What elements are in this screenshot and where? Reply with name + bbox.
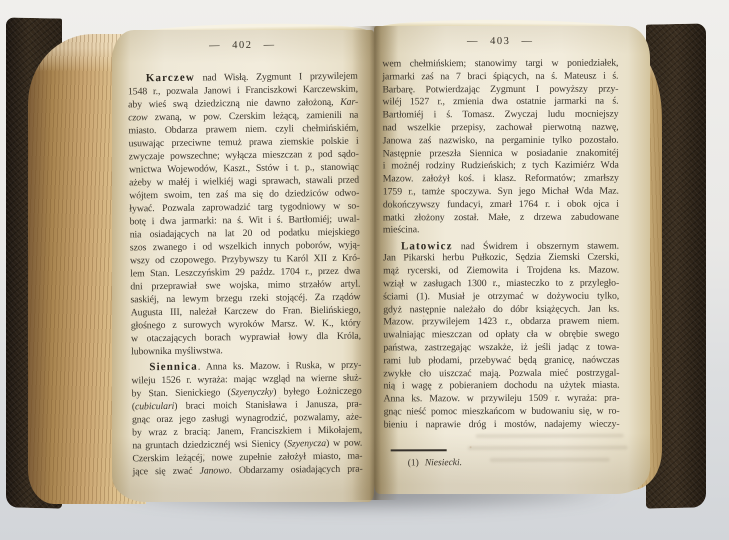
text-line: i możnéj rodziny Rudzieńskich; z tych Ka… [383, 160, 619, 174]
photo-stage: — 402 — Karczew nad Wisłą. Zygmunt I prz… [0, 0, 729, 540]
text-line: wem chełmińskiem; stanowimy targi w poni… [382, 58, 618, 72]
footnote-marker: (1) [408, 458, 419, 468]
text-line: dokończywszy fundacyi, zmarł 1764 r. i o… [383, 198, 619, 212]
text-line: Bartłomiéj i ś. Tomasz. Zwyczaj ludu moc… [383, 109, 619, 123]
page-number-header-402: — 402 — [127, 39, 357, 55]
text-line: lubownika myśliwstwa. [131, 343, 361, 359]
text-line: Mazow. założył koś. i klasz. Reformatów;… [383, 173, 619, 187]
page-402-paragraphs: Karczew nad Wisłą. Zygmunt I przywilejem… [128, 70, 363, 478]
paragraph: wem chełmińskiem; stanowimy targi w poni… [382, 58, 619, 238]
page-403-paragraphs: wem chełmińskiem; stanowimy targi w poni… [382, 58, 619, 432]
footnote-rule [391, 449, 447, 451]
text-line: matki złożony został. Małe, z drzewa zab… [383, 211, 619, 225]
text-line: wiléj 1527 r., zmienia dwa ostatnie jarm… [382, 96, 618, 110]
text-line: Następnie przeszła Siennica w posiadanie… [383, 147, 619, 161]
text-line: bieniu i naprawie dróg i mostów, nadajem… [384, 418, 620, 432]
text-line: Mazow. przywilejem 1423 r., obdarza praw… [383, 316, 619, 330]
text-line: państwa, zastrzegając wszakże, iż jeśli … [383, 342, 619, 356]
paragraph: Siennica. Anna ks. Mazow. i Ruska, w prz… [131, 358, 362, 478]
page-403-text: — 403 — wem chełmińskiem; stanowimy targ… [382, 36, 620, 468]
page-402-text: — 402 — Karczew nad Wisłą. Zygmunt I prz… [127, 39, 362, 478]
text-line: Jan Pikarski herbu Pułkozic, Sędzia Ziem… [383, 252, 619, 266]
text-line: rami lub płodami, przebywać będą granicę… [383, 354, 619, 368]
footnote: (1)Niesiecki. [408, 457, 620, 468]
text-line: uwalniając mieszczan od opłaty cła w obr… [383, 329, 619, 343]
text-line: Barbarę. Potwierdzając Zygmunt I powyższ… [382, 83, 618, 97]
text-line: jarmarki zaś na 7 braci śpiących, na ś. … [382, 70, 618, 84]
footnote-text: Niesiecki. [425, 458, 462, 468]
text-line: ściami (1). Musiał je otrzymać w dożywoc… [383, 290, 619, 304]
text-line: gdyż następnie należało do dóbr książęcy… [383, 303, 619, 317]
text-line: nad wszelkie przepisy, zachował pierwotn… [383, 122, 619, 136]
text-line: nią i wagę z pobieraniem dochodu na użyt… [383, 380, 619, 394]
text-line: mąż rycerski, od Ziemowita i Trojdena ks… [383, 265, 619, 279]
text-line: Janowa zaś nazwisko, na pergaminie tylko… [383, 134, 619, 148]
text-line: mieścina. [383, 224, 619, 238]
text-line: Anna ks. Mazow. w przywileju 1509 r. wyr… [383, 393, 619, 407]
text-line: wziął w zasługach 1300 r., miasteczko to… [383, 278, 619, 292]
page-number-header-403: — 403 — [382, 36, 618, 50]
text-line: gnąc nieść pomoc mieszkańcom w budowaniu… [384, 406, 620, 420]
text-line: 1759 r., tamże spoczywa. Syn jego Michał… [383, 186, 619, 200]
paragraph: Latowicz nad Świdrem i obszernym stawem.… [383, 239, 620, 432]
text-line: Latowicz nad Świdrem i obszernym stawem. [383, 239, 619, 253]
paragraph: Karczew nad Wisłą. Zygmunt I przywilejem… [128, 70, 361, 359]
text-line: zwykłe cło uiszczać mają. Pozwala mieć p… [383, 367, 619, 381]
